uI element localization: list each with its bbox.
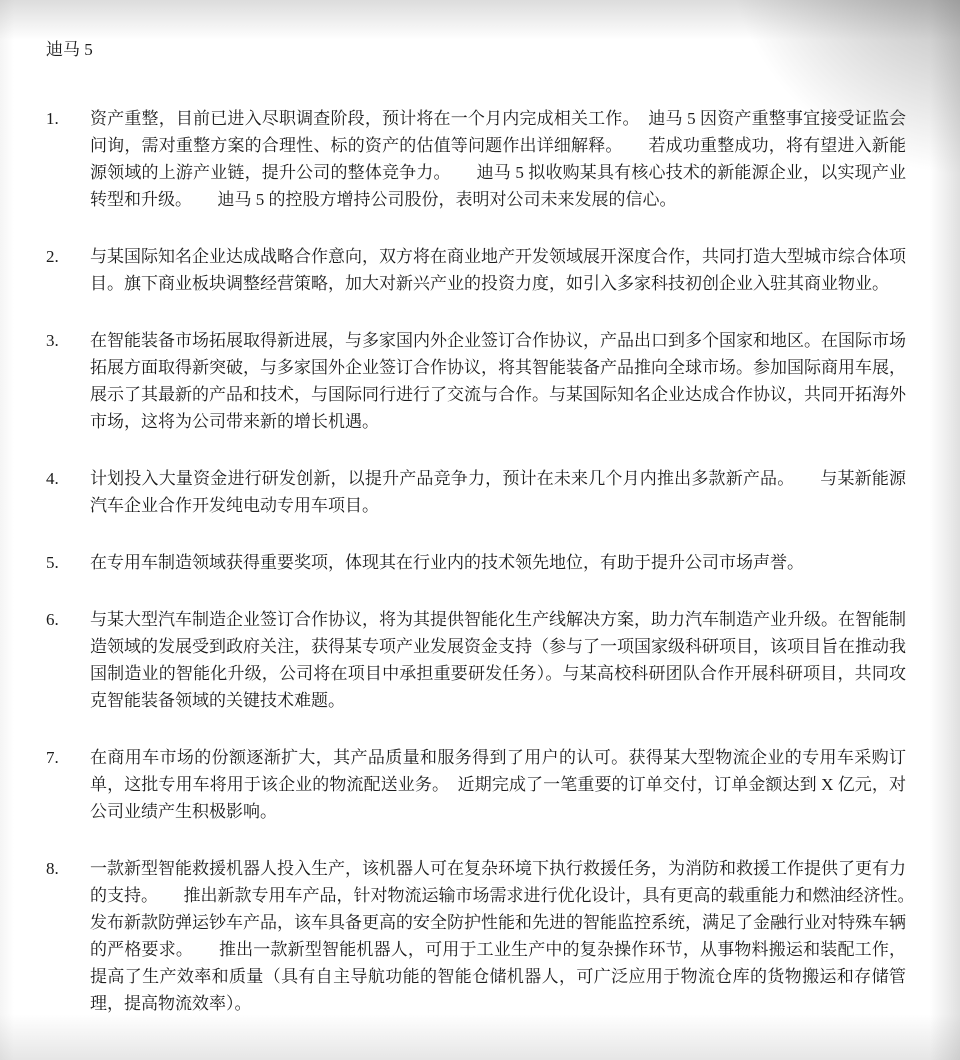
item-text: 一款新型智能救援机器人投入生产，该机器人可在复杂环境下执行救援任务，为消防和救援…	[90, 855, 906, 1017]
item-number: 7.	[46, 744, 90, 825]
item-number: 5.	[46, 549, 90, 576]
item-text: 在智能装备市场拓展取得新进展，与多家国内外企业签订合作协议，产品出口到多个国家和…	[90, 327, 906, 435]
item-text: 在商用车市场的份额逐渐扩大，其产品质量和服务得到了用户的认可。获得某大型物流企业…	[90, 744, 906, 825]
item-text: 与某大型汽车制造企业签订合作协议，将为其提供智能化生产线解决方案，助力汽车制造产…	[90, 606, 906, 714]
item-number: 3.	[46, 327, 90, 435]
item-number: 8.	[46, 855, 90, 1017]
item-text: 与某国际知名企业达成战略合作意向，双方将在商业地产开发领域展开深度合作，共同打造…	[90, 243, 906, 297]
list-item: 5. 在专用车制造领域获得重要奖项，体现其在行业内的技术领先地位，有助于提升公司…	[46, 549, 906, 576]
list-item: 7. 在商用车市场的份额逐渐扩大，其产品质量和服务得到了用户的认可。获得某大型物…	[46, 744, 906, 825]
page-title: 迪马 5	[46, 36, 906, 63]
list-item: 1. 资产重整，目前已进入尽职调查阶段，预计将在一个月内完成相关工作。 迪马 5…	[46, 105, 906, 213]
item-number: 1.	[46, 105, 90, 213]
list-item: 2. 与某国际知名企业达成战略合作意向，双方将在商业地产开发领域展开深度合作，共…	[46, 243, 906, 297]
item-number: 4.	[46, 465, 90, 519]
document-page: 迪马 5 1. 资产重整，目前已进入尽职调查阶段，预计将在一个月内完成相关工作。…	[46, 36, 906, 1047]
list-item: 8. 一款新型智能救援机器人投入生产，该机器人可在复杂环境下执行救援任务，为消防…	[46, 855, 906, 1017]
item-text: 资产重整，目前已进入尽职调查阶段，预计将在一个月内完成相关工作。 迪马 5 因资…	[90, 105, 906, 213]
item-text: 计划投入大量资金进行研发创新，以提升产品竞争力，预计在未来几个月内推出多款新产品…	[90, 465, 906, 519]
item-number: 2.	[46, 243, 90, 297]
item-text: 在专用车制造领域获得重要奖项，体现其在行业内的技术领先地位，有助于提升公司市场声…	[90, 549, 906, 576]
list-item: 6. 与某大型汽车制造企业签订合作协议，将为其提供智能化生产线解决方案，助力汽车…	[46, 606, 906, 714]
item-number: 6.	[46, 606, 90, 714]
list-item: 4. 计划投入大量资金进行研发创新，以提升产品竞争力，预计在未来几个月内推出多款…	[46, 465, 906, 519]
list-item: 3. 在智能装备市场拓展取得新进展，与多家国内外企业签订合作协议，产品出口到多个…	[46, 327, 906, 435]
